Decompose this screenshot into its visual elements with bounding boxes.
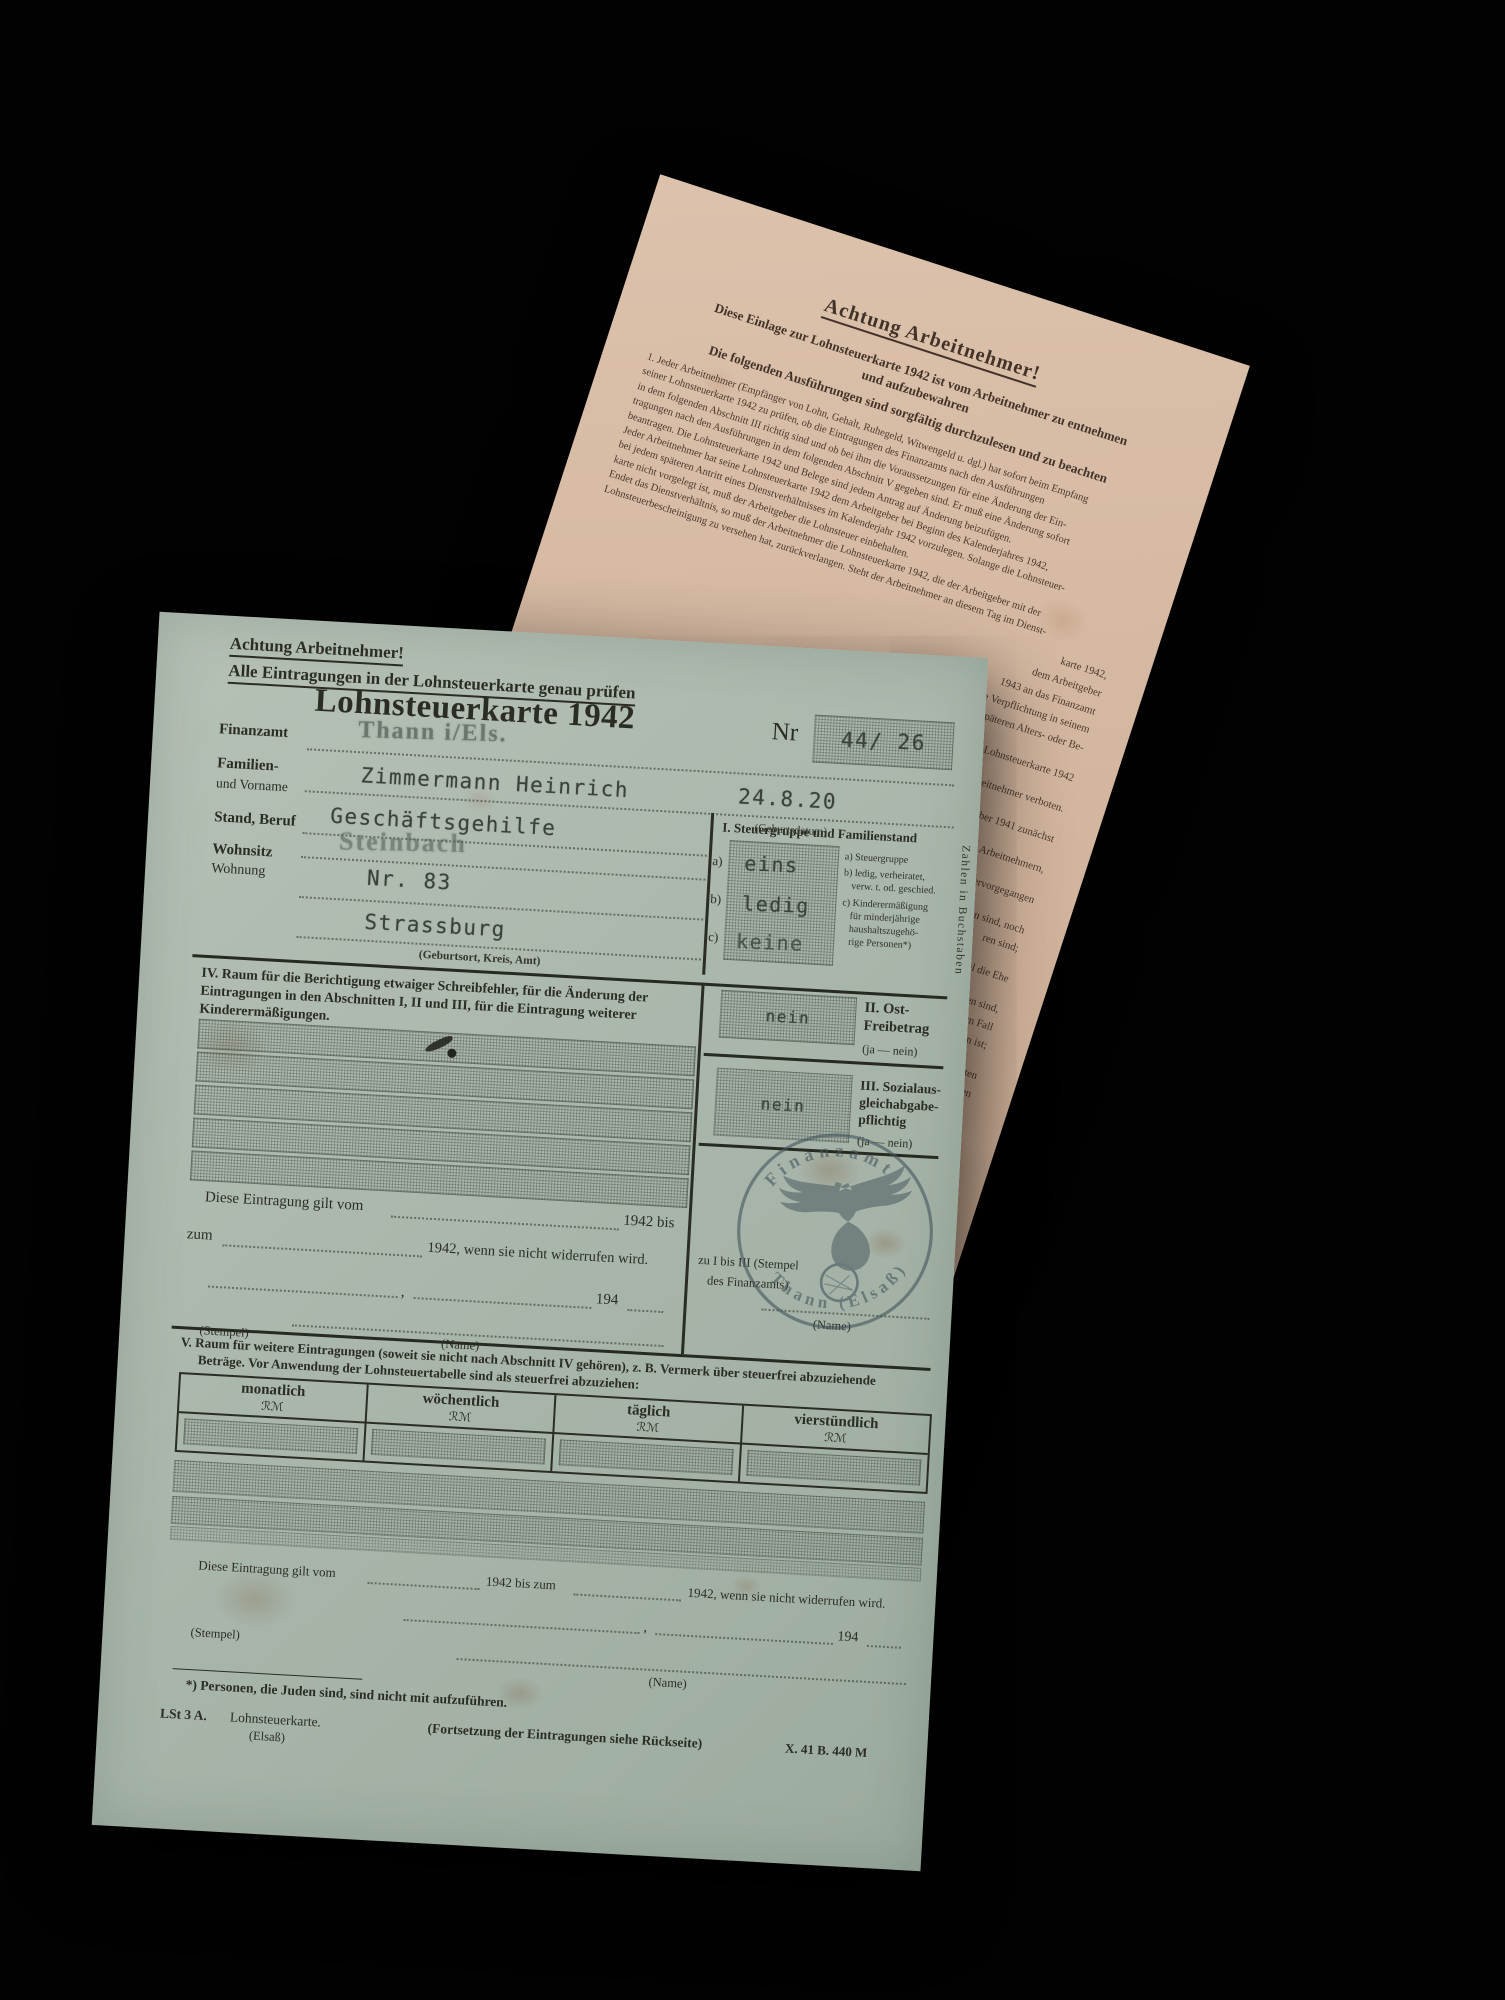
table-cell-entry <box>183 1418 358 1454</box>
validity2-comma: , <box>643 1620 647 1636</box>
wohnsitz-stamp: Steinbach <box>339 826 467 859</box>
footer-form-code: LSt 3 A. <box>160 1706 208 1725</box>
wohnsitz-label-1: Wohnsitz <box>212 841 273 861</box>
name-label-1: Familien- <box>217 755 280 775</box>
section2-box: nein <box>719 990 857 1046</box>
finanzamt-round-stamp: Finanzamt Thann (Elsaß) <box>719 1116 950 1347</box>
table-cell-entry <box>371 1429 546 1465</box>
validity2-mid: 1942 bis zum <box>485 1574 556 1594</box>
validity1-year-stub: 194 <box>595 1291 618 1309</box>
validity1-comma: , <box>400 1284 405 1301</box>
street-value: Nr. 83 <box>366 866 452 895</box>
validity1-year-dots <box>627 1309 663 1313</box>
familienstand-value: ledig <box>742 891 811 918</box>
validity2-tail: 1942, wenn sie nicht widerrufen wird. <box>687 1585 886 1612</box>
row-b-label: b) <box>710 891 722 908</box>
table-cell-entry <box>559 1439 734 1475</box>
validity1-line2-tail: 1942, wenn sie nicht widerrufen wird. <box>427 1240 649 1269</box>
validity2-year-stub: 194 <box>837 1629 859 1646</box>
birthplace-caption: (Geburtsort, Kreis, Amt) <box>418 949 540 968</box>
birthplace-value: Strassburg <box>364 910 507 942</box>
stamp-orb-hatch <box>824 1273 853 1295</box>
validity2-line2-dots-b <box>655 1633 833 1645</box>
validity1-line2-lead: zum <box>186 1226 213 1244</box>
wohnsitz-line1 <box>301 856 705 881</box>
row-a-label: a) <box>712 853 723 870</box>
eagle-silhouette <box>778 1165 919 1276</box>
table-cell-entry <box>746 1450 921 1486</box>
lohnsteuerkarte-card: Achtung Arbeitnehmer! Alle Eintragungen … <box>92 612 989 1871</box>
birthdate-value: 24.8.20 <box>737 784 837 813</box>
footnote: *) Personen, die Juden sind, sind nicht … <box>185 1677 507 1711</box>
photo-stage: Achtung Arbeitnehmer! Diese Einlage zur … <box>0 0 1505 2000</box>
section2-heading-1: II. Ost- <box>864 1000 910 1019</box>
footer-center-note: (Fortsetzung der Eintragungen siehe Rück… <box>427 1720 702 1751</box>
validity1-line3-dots-b <box>414 1297 592 1309</box>
wohnsitz-label-2: Wohnung <box>211 861 266 880</box>
validity2-year-dots <box>867 1645 901 1649</box>
footer-region: (Elsaß) <box>249 1729 286 1746</box>
validity2-lead: Diese Eintragung gilt vom <box>198 1557 336 1581</box>
validity2-dots-a <box>368 1582 480 1590</box>
finanzamt-label: Finanzamt <box>219 721 289 742</box>
validity1-line1 <box>391 1216 619 1231</box>
kinder-value: keine <box>736 929 805 956</box>
validity1-line3-dots-a <box>208 1286 398 1299</box>
validity2-dots-b <box>573 1593 681 1601</box>
steuergruppe-value: eins <box>744 851 799 877</box>
card-nr-value: 44/ 26 <box>814 727 953 756</box>
card-nr-label: Nr <box>771 718 799 747</box>
validity2-line2-dots-a <box>404 1619 640 1634</box>
section3-value: nein <box>716 1092 851 1118</box>
row-c-label: c) <box>708 929 719 946</box>
validity1-lead: Diese Eintragung gilt vom <box>204 1189 363 1215</box>
card-nr-box: 44/ 26 <box>812 715 954 771</box>
footer-form-name: Lohnsteuerkarte. <box>230 1709 322 1730</box>
validity1-line2-dots <box>222 1244 422 1257</box>
stamp-eagle-icon: Finanzamt Thann (Elsaß) <box>719 1116 950 1347</box>
name-label-2: und Vorname <box>216 775 289 795</box>
footer-print-code: X. 41 B. 440 M <box>785 1740 868 1761</box>
section2-sub: (ja — nein) <box>862 1042 918 1060</box>
validity1-year1: 1942 bis <box>623 1213 675 1233</box>
validity2-name-caption: (Name) <box>648 1675 687 1692</box>
validity2-stempel-caption: (Stempel) <box>190 1625 240 1643</box>
section2-heading-2: Freibetrag <box>863 1018 930 1039</box>
finanzamt-stamp: Thann i/Els. <box>358 717 508 748</box>
beruf-label: Stand, Beruf <box>214 809 297 831</box>
section2-value: nein <box>720 1004 855 1030</box>
